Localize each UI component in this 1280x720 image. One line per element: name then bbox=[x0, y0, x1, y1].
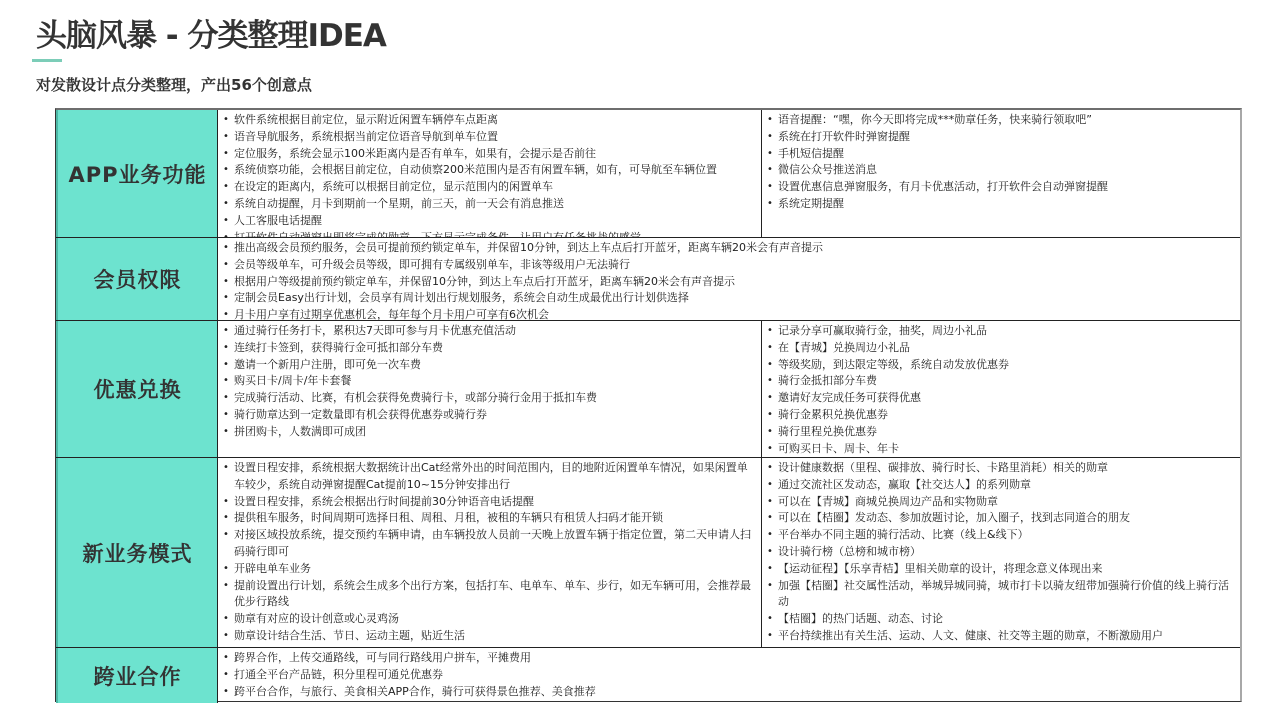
idea-item: 月卡用户享有过期享优惠机会，每年每个月卡用户可享有6次机会 bbox=[222, 307, 1236, 320]
ideas-list: 设置日程安排，系统根据大数据统计出Cat经常外出的时间范围内，目的地附近闲置单车… bbox=[222, 460, 757, 645]
idea-item: 手机短信提醒 bbox=[766, 146, 1236, 163]
idea-item: 语音提醒：“嘿，你今天即将完成***勋章任务，快来骑行领取吧” bbox=[766, 112, 1236, 129]
idea-item: 根据用户等级提前预约锁定单车，并保留10分钟，到达上车点后打开蓝牙，距离车辆20… bbox=[222, 274, 1236, 291]
table-row-app-features: APP业务功能 软件系统根据目前定位，显示附近闲置车辆停车点距离语音导航服务，系… bbox=[56, 110, 1240, 238]
idea-item: 软件系统根据目前定位，显示附近闲置车辆停车点距离 bbox=[222, 112, 757, 129]
idea-item: 邀请好友完成任务可获得优惠 bbox=[766, 390, 1236, 407]
idea-item: 系统自动提醒，月卡到期前一个星期，前三天，前一天会有消息推送 bbox=[222, 196, 757, 213]
idea-item: 记录分享可赢取骑行金，抽奖，周边小礼品 bbox=[766, 323, 1236, 340]
ideas-cell-full: 推出高级会员预约服务，会员可提前预约锁定单车，并保留10分钟，到达上车点后打开蓝… bbox=[218, 238, 1240, 320]
ideas-cell-left: 软件系统根据目前定位，显示附近闲置车辆停车点距离语音导航服务，系统根据当前定位语… bbox=[218, 110, 762, 237]
idea-item: 平台举办不同主题的骑行活动、比赛（线上&线下） bbox=[766, 527, 1236, 544]
ideas-list: 推出高级会员预约服务，会员可提前预约锁定单车，并保留10分钟，到达上车点后打开蓝… bbox=[222, 240, 1236, 320]
idea-item: 系统定期提醒 bbox=[766, 196, 1236, 213]
ideas-cell-right: 记录分享可赢取骑行金，抽奖，周边小礼品在【青城】兑换周边小礼品等级奖励，到达限定… bbox=[762, 321, 1240, 457]
idea-item: 设置优惠信息弹窗服务，有月卡优惠活动，打开软件会自动弹窗提醒 bbox=[766, 179, 1236, 196]
idea-item: 购买日卡/周卡/年卡套餐 bbox=[222, 373, 757, 390]
ideas-list: 语音提醒：“嘿，你今天即将完成***勋章任务，快来骑行领取吧”系统在打开软件时弹… bbox=[766, 112, 1236, 213]
idea-item: 微信公众号推送消息 bbox=[766, 162, 1236, 179]
idea-item: 设置日程安排，系统根据大数据统计出Cat经常外出的时间范围内，目的地附近闲置单车… bbox=[222, 460, 757, 494]
table-row-new-business: 新业务模式 设置日程安排，系统根据大数据统计出Cat经常外出的时间范围内，目的地… bbox=[56, 458, 1240, 648]
ideas-cell-full: 跨界合作，上传交通路线，可与同行路线用户拼车，平摊费用打通全平台产品链，积分里程… bbox=[218, 648, 1240, 703]
idea-item: 跨平台合作，与旅行、美食相关APP合作，骑行可获得景色推荐、美食推荐 bbox=[222, 684, 1236, 701]
idea-item: 平台持续推出有关生活、运动、人文、健康、社交等主题的勋章，不断激励用户 bbox=[766, 628, 1236, 645]
idea-item: 骑行里程兑换优惠券 bbox=[766, 424, 1236, 441]
category-label: 会员权限 bbox=[56, 238, 218, 320]
idea-table: APP业务功能 软件系统根据目前定位，显示附近闲置车辆停车点距离语音导航服务，系… bbox=[55, 108, 1242, 702]
idea-item: 推出高级会员预约服务，会员可提前预约锁定单车，并保留10分钟，到达上车点后打开蓝… bbox=[222, 240, 1236, 257]
idea-item: 设置日程安排，系统会根据出行时间提前30分钟语音电话提醒 bbox=[222, 494, 757, 511]
idea-item: 提前设置出行计划，系统会生成多个出行方案，包括打车、电单车、单车、步行，如无车辆… bbox=[222, 578, 757, 612]
table-row-discounts: 优惠兑换 通过骑行任务打卡，累积达7天即可参与月卡优惠充值活动连续打卡签到，获得… bbox=[56, 321, 1240, 458]
ideas-list: 软件系统根据目前定位，显示附近闲置车辆停车点距离语音导航服务，系统根据当前定位语… bbox=[222, 112, 757, 237]
idea-item: 设计健康数据（里程、碳排放、骑行时长、卡路里消耗）相关的勋章 bbox=[766, 460, 1236, 477]
idea-item: 会员等级单车，可升级会员等级，即可拥有专属级别单车，非该等级用户无法骑行 bbox=[222, 257, 1236, 274]
idea-item: 人工客服电话提醒 bbox=[222, 213, 757, 230]
title-accent-bar bbox=[32, 59, 62, 62]
idea-item: 系统侦察功能，会根据目前定位，自动侦察200米范围内是否有闲置车辆，如有，可导航… bbox=[222, 162, 757, 179]
idea-item: 打开软件自动弹窗出即将完成的勋章，下方显示完成条件，让用户有任务挑战的感觉 bbox=[222, 230, 757, 237]
idea-item: 通过骑行任务打卡，累积达7天即可参与月卡优惠充值活动 bbox=[222, 323, 757, 340]
table-row-membership: 会员权限 推出高级会员预约服务，会员可提前预约锁定单车，并保留10分钟，到达上车… bbox=[56, 238, 1240, 321]
idea-item: 通过交流社区发动态，赢取【社交达人】的系列勋章 bbox=[766, 477, 1236, 494]
idea-item: 语音导航服务，系统根据当前定位语音导航到单车位置 bbox=[222, 129, 757, 146]
category-label: APP业务功能 bbox=[56, 110, 218, 237]
category-label: 跨业合作 bbox=[56, 648, 218, 703]
idea-item: 连续打卡签到，获得骑行金可抵扣部分车费 bbox=[222, 340, 757, 357]
idea-item: 在设定的距离内，系统可以根据目前定位，显示范围内的闲置单车 bbox=[222, 179, 757, 196]
table-row-cross-industry: 跨业合作 跨界合作，上传交通路线，可与同行路线用户拼车，平摊费用打通全平台产品链… bbox=[56, 648, 1240, 703]
idea-item: 邀请一个新用户注册，即可免一次车费 bbox=[222, 357, 757, 374]
ideas-list: 记录分享可赢取骑行金，抽奖，周边小礼品在【青城】兑换周边小礼品等级奖励，到达限定… bbox=[766, 323, 1236, 457]
idea-item: 【桔圈】的热门话题、动态、讨论 bbox=[766, 611, 1236, 628]
idea-item: 拼团购卡，人数满即可成团 bbox=[222, 424, 757, 441]
idea-item: 开辟电单车业务 bbox=[222, 561, 757, 578]
idea-item: 等级奖励，到达限定等级，系统自动发放优惠券 bbox=[766, 357, 1236, 374]
ideas-cell-left: 通过骑行任务打卡，累积达7天即可参与月卡优惠充值活动连续打卡签到，获得骑行金可抵… bbox=[218, 321, 762, 457]
idea-item: 对接区域投放系统，提交预约车辆申请，由车辆投放人员前一天晚上放置车辆于指定位置，… bbox=[222, 527, 757, 561]
idea-item: 【运动征程】【乐享青桔】里相关勋章的设计，将理念意义体现出来 bbox=[766, 561, 1236, 578]
idea-item: 定位服务，系统会显示100米距离内是否有单车，如果有，会提示是否前往 bbox=[222, 146, 757, 163]
idea-item: 骑行金累积兑换优惠券 bbox=[766, 407, 1236, 424]
idea-item: 提供租车服务，时间周期可选择日租、周租、月租，被租的车辆只有租赁人扫码才能开锁 bbox=[222, 510, 757, 527]
idea-item: 系统在打开软件时弹窗提醒 bbox=[766, 129, 1236, 146]
idea-item: 可以在【青城】商城兑换周边产品和实物勋章 bbox=[766, 494, 1236, 511]
page-subtitle: 对发散设计点分类整理，产出56个创意点 bbox=[36, 74, 312, 96]
category-label: 优惠兑换 bbox=[56, 321, 218, 457]
idea-item: 骑行金抵扣部分车费 bbox=[766, 373, 1236, 390]
idea-item: 在【青城】兑换周边小礼品 bbox=[766, 340, 1236, 357]
ideas-cell-left: 设置日程安排，系统根据大数据统计出Cat经常外出的时间范围内，目的地附近闲置单车… bbox=[218, 458, 762, 647]
idea-item: 可购买日卡、周卡、年卡 bbox=[766, 441, 1236, 457]
ideas-list: 通过骑行任务打卡，累积达7天即可参与月卡优惠充值活动连续打卡签到，获得骑行金可抵… bbox=[222, 323, 757, 441]
ideas-cell-right: 语音提醒：“嘿，你今天即将完成***勋章任务，快来骑行领取吧”系统在打开软件时弹… bbox=[762, 110, 1240, 237]
idea-item: 完成骑行活动、比赛，有机会获得免费骑行卡，或部分骑行金用于抵扣车费 bbox=[222, 390, 757, 407]
ideas-list: 跨界合作，上传交通路线，可与同行路线用户拼车，平摊费用打通全平台产品链，积分里程… bbox=[222, 650, 1236, 700]
ideas-cell-right: 设计健康数据（里程、碳排放、骑行时长、卡路里消耗）相关的勋章通过交流社区发动态，… bbox=[762, 458, 1240, 647]
idea-item: 可以在【桔圈】发动态、参加放题讨论，加入圈子，找到志同道合的朋友 bbox=[766, 510, 1236, 527]
idea-item: 加强【桔圈】社交属性活动，举城异城同骑，城市打卡以骑友纽带加强骑行价值的线上骑行… bbox=[766, 578, 1236, 612]
page-title: 头脑风暴 - 分类整理IDEA bbox=[36, 14, 386, 58]
idea-item: 勋章有对应的设计创意或心灵鸡汤 bbox=[222, 611, 757, 628]
idea-item: 打通全平台产品链，积分里程可通兑优惠券 bbox=[222, 667, 1236, 684]
category-label: 新业务模式 bbox=[56, 458, 218, 647]
idea-item: 勋章设计结合生活、节日、运动主题，贴近生活 bbox=[222, 628, 757, 645]
idea-item: 跨界合作，上传交通路线，可与同行路线用户拼车，平摊费用 bbox=[222, 650, 1236, 667]
idea-item: 设计骑行榜（总榜和城市榜） bbox=[766, 544, 1236, 561]
idea-item: 定制会员Easy出行计划，会员享有周计划出行规划服务，系统会自动生成最优出行计划… bbox=[222, 290, 1236, 307]
ideas-list: 设计健康数据（里程、碳排放、骑行时长、卡路里消耗）相关的勋章通过交流社区发动态，… bbox=[766, 460, 1236, 645]
idea-item: 骑行勋章达到一定数量即有机会获得优惠券或骑行券 bbox=[222, 407, 757, 424]
